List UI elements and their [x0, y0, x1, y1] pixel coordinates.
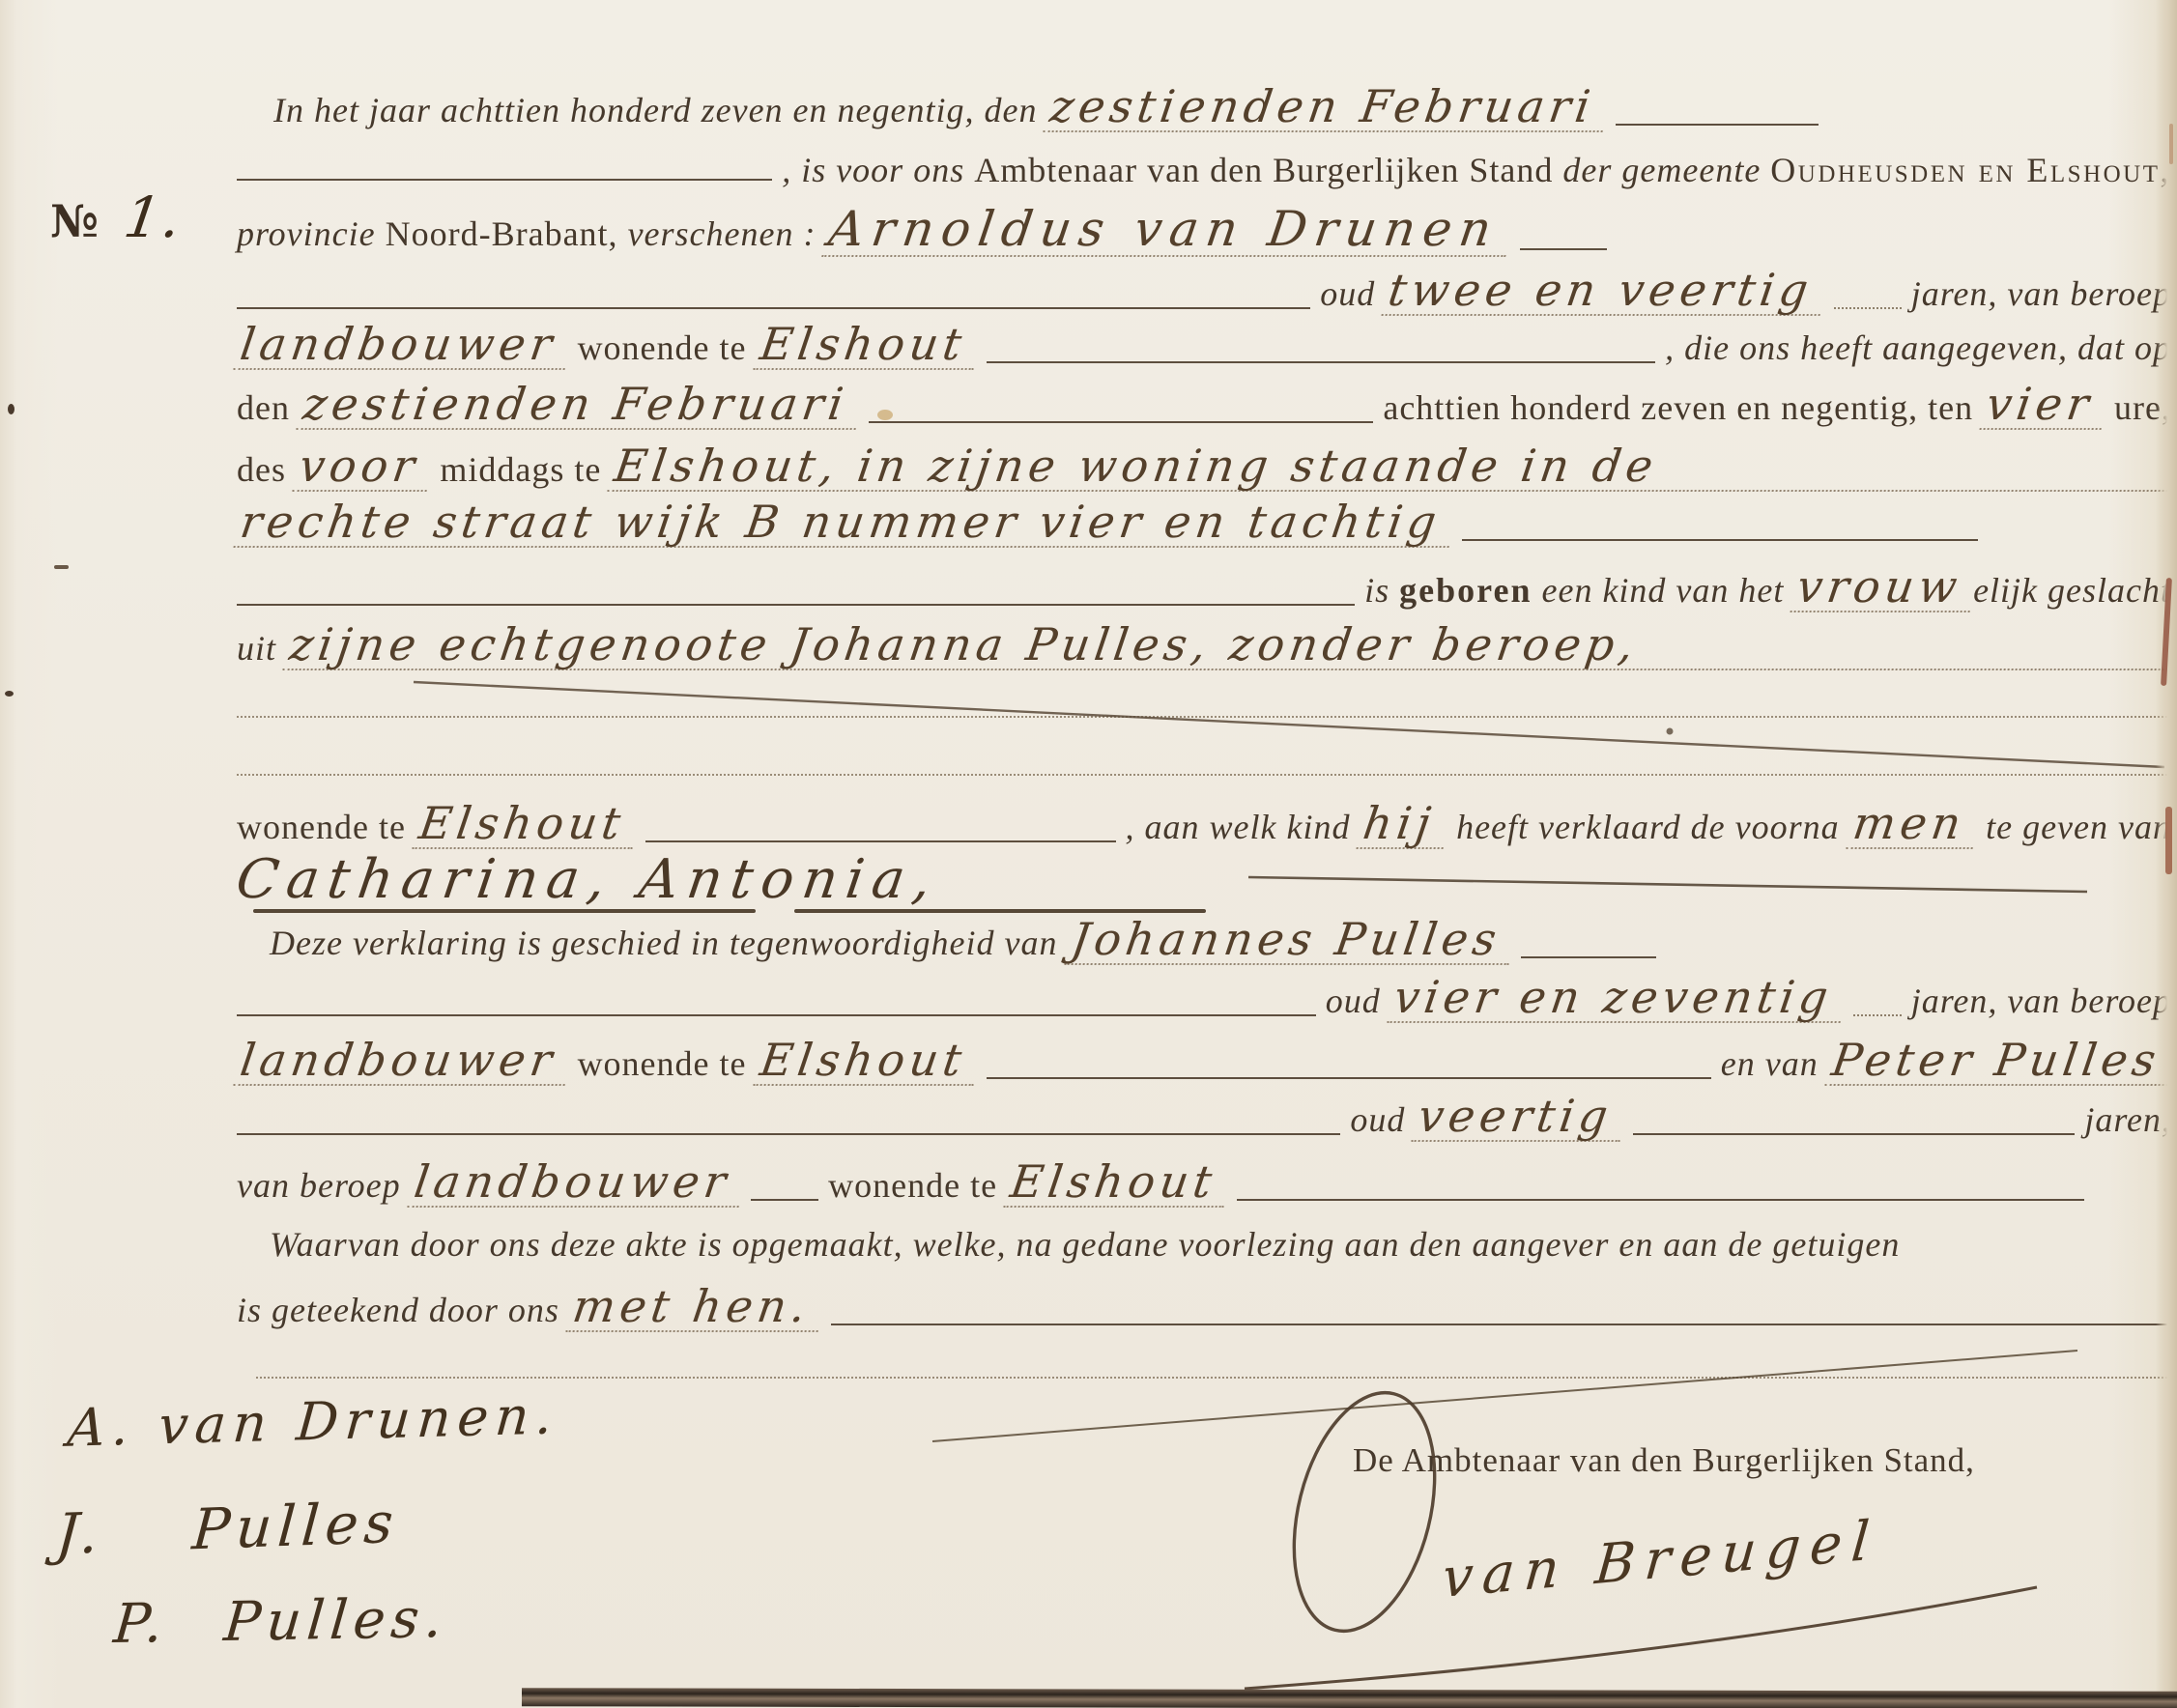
signature-witness2-initial: P.: [111, 1592, 171, 1656]
handwritten-child-names: Catharina, Antonia,: [233, 853, 943, 907]
handwritten-occupation: landbouwer: [233, 322, 571, 370]
ink-speck: [8, 404, 14, 414]
handwritten-witness1-age: vier en zeventig: [1387, 975, 1847, 1023]
printed-text-born: geboren: [1399, 573, 1532, 608]
act-line-8: rechte straat wijk B nummer vier en tach…: [237, 499, 2171, 548]
printed-text: wonende te: [237, 810, 406, 844]
handwritten-witness1-occupation: landbouwer: [233, 1038, 571, 1086]
act-line-2: , is voor ons Ambtenaar van den Burgerli…: [237, 153, 2171, 187]
rule-fill: [831, 1324, 2171, 1325]
printed-text: der gemeente: [1562, 153, 1761, 187]
printed-text: den: [237, 390, 290, 425]
rule-fill: [237, 1014, 1316, 1016]
rule-fill: [1237, 1199, 2084, 1201]
rule-fill: [987, 361, 1655, 363]
signature-sweep-bottom: [1245, 1587, 2037, 1689]
rule-fill: [645, 840, 1115, 842]
binding-mark: [2165, 807, 2172, 874]
printed-text: achttien honderd zeven en negentig, ten: [1383, 390, 1973, 425]
printed-text: wonende te: [828, 1168, 997, 1203]
handwritten-witness2-occupation: landbouwer: [407, 1159, 745, 1208]
act-line-13: wonende te Elshout , aan welk kind hij h…: [237, 801, 2171, 849]
act-line-9: is geboren een kind van het vrouw elijk …: [237, 564, 2171, 612]
strike-line: [414, 682, 2164, 767]
next-page-edge: [522, 1688, 2177, 1708]
blank-rule: [237, 774, 2167, 776]
act-number: № 1.: [50, 189, 182, 245]
signature-registrar: van Breugel: [1440, 1509, 1881, 1610]
act-line-17: landbouwer wonende te Elshout en van Pet…: [237, 1038, 2171, 1086]
printed-text: , is voor ons: [782, 153, 964, 187]
handwritten-closing: met hen.: [565, 1284, 824, 1332]
rule-fill: [237, 604, 1355, 606]
signature-witness2: P. Pulles.: [111, 1587, 450, 1656]
printed-text: oud: [1320, 276, 1375, 311]
printed-closing-text: Waarvan door ons deze akte is opgemaakt,…: [270, 1227, 1900, 1262]
rule-fill: [1521, 956, 1656, 958]
handwritten-residence: Elshout: [412, 801, 639, 849]
registrar-title: De Ambtenaar van den Burgerlijken Stand,: [1353, 1441, 1975, 1480]
printed-text: van beroep: [237, 1168, 401, 1203]
rule-fill: [237, 307, 1310, 309]
printed-text: oud: [1326, 983, 1381, 1018]
printed-text: , aan welk kind: [1126, 810, 1351, 844]
rule-fill: [751, 1199, 818, 1201]
printed-text: wonende te: [578, 1046, 747, 1081]
printed-text: te geven van: [1986, 810, 2171, 844]
name-underline: [253, 909, 756, 913]
handwritten-declarant-name: Arnoldus van Drunen: [822, 205, 1514, 257]
blank-rule: [256, 1377, 2167, 1379]
handwritten-residence: Elshout: [753, 322, 980, 370]
handwritten-birth-place: Elshout, in zijne woning staande in de: [608, 443, 2175, 492]
rule-fill: [237, 1133, 1340, 1135]
act-line-6: den zestienden Februari achttien honderd…: [237, 382, 2171, 430]
handwritten-age: twee en veertig: [1382, 268, 1827, 316]
blank-rule: [237, 716, 2167, 718]
handwritten-witness1-name: Johannes Pulles: [1064, 917, 1515, 965]
handwritten-date: zestienden Februari: [1044, 84, 1610, 132]
handwritten-mother-name: zijne echtgenoote Johanna Pulles, zonder…: [283, 622, 2175, 670]
printed-text: In het jaar achttien honderd zeven en ne…: [273, 93, 1037, 128]
handwritten-witness2-name: Peter Pulles: [1824, 1038, 2174, 1086]
rule-fill: [237, 179, 772, 181]
rule-fill: [869, 421, 1374, 423]
printed-text: jaren, van beroep: [1911, 276, 2171, 311]
act-line-16: oud vier en zeventig jaren, van beroep: [237, 975, 2171, 1023]
printed-text: Ambtenaar van den Burgerlijken Stand: [974, 153, 1553, 187]
printed-text: en van: [1721, 1046, 1819, 1081]
rule-fill: [1616, 124, 1819, 126]
rule-fill: [987, 1077, 1711, 1079]
handwritten-insertion: men: [1846, 801, 1979, 849]
printed-text: is geteekend door ons: [237, 1293, 559, 1327]
signature-witness1-surname: Pulles: [190, 1490, 401, 1563]
act-line-18: oud veertig jaren,: [237, 1094, 2171, 1142]
ink-blot: [877, 410, 893, 420]
municipality-name: Oudheusden en Elshout,: [1770, 153, 2171, 187]
act-line-7: des voor middags te Elshout, in zijne wo…: [237, 443, 2171, 492]
act-line-4: oud twee en veertig jaren, van beroep: [237, 268, 2171, 316]
act-line-19: van beroep landbouwer wonende te Elshout: [237, 1159, 2171, 1208]
act-line-15: Deze verklaring is geschied in tegenwoor…: [237, 917, 2171, 965]
handwritten-witness2-age: veertig: [1412, 1094, 1627, 1142]
printed-text: een kind van het: [1541, 573, 1784, 608]
act-line-3: provincie Noord-Brabant, verschenen : Ar…: [237, 205, 2171, 257]
binding-mark: [2169, 124, 2173, 164]
printed-text: oud: [1350, 1102, 1405, 1137]
printed-text: heeft verklaard de voorna: [1456, 810, 1840, 844]
handwritten-witness1-residence: Elshout: [753, 1038, 980, 1086]
signature-witness1: J. Pulles: [54, 1490, 401, 1568]
act-number-value: 1.: [121, 189, 186, 245]
birth-certificate-scan: № 1. In het jaar achttien honderd zeven …: [0, 0, 2177, 1708]
act-line-5: landbouwer wonende te Elshout , die ons …: [237, 322, 2171, 370]
handwritten-pronoun: hij: [1357, 801, 1450, 849]
signature-witness1-initial: J.: [54, 1499, 106, 1567]
rule-fill: [1520, 248, 1607, 250]
handwritten-witness2-residence: Elshout: [1004, 1159, 1231, 1208]
printed-text: uit: [237, 631, 276, 666]
ink-speck: [54, 565, 69, 569]
handwritten-hour: vier: [1980, 382, 2108, 430]
printed-text: elijk geslacht: [1973, 573, 2171, 608]
signature-paraph: [1272, 1378, 1458, 1645]
signature-declarant: A. van Drunen.: [66, 1384, 561, 1458]
rule-fill: [1633, 1133, 2075, 1135]
handwritten-address: rechte straat wijk B nummer vier en tach…: [233, 499, 1455, 548]
handwritten-sex: vrouw: [1790, 564, 1977, 612]
printed-text: provincie: [237, 216, 376, 251]
signature-sweep-top: [932, 1351, 2077, 1441]
printed-text: des: [237, 452, 286, 487]
printed-text: wonende te: [578, 330, 747, 365]
printed-text: Deze verklaring is geschied in tegenwoor…: [270, 925, 1058, 960]
act-line-10: uit zijne echtgenoote Johanna Pulles, zo…: [237, 622, 2171, 670]
handwritten-birth-date: zestienden Februari: [296, 382, 862, 430]
printed-text: , die ons heeft aangegeven, dat op: [1665, 330, 2171, 365]
rule-fill: [1462, 539, 1978, 541]
printed-text: is: [1364, 573, 1389, 608]
act-line-1: In het jaar achttien honderd zeven en ne…: [237, 84, 2171, 132]
act-line-20: Waarvan door ons deze akte is opgemaakt,…: [237, 1227, 2171, 1262]
rule-fill: [1834, 307, 1902, 309]
ink-dot: [1667, 728, 1674, 735]
act-line-14: Catharina, Antonia,: [237, 853, 2171, 907]
rule-fill: [1853, 1014, 1902, 1016]
signature-witness2-surname: Pulles.: [221, 1587, 450, 1654]
act-line-21: is geteekend door ons met hen.: [237, 1284, 2171, 1332]
printed-text: middags te: [440, 452, 601, 487]
province-name: Noord-Brabant,: [386, 216, 618, 251]
handwritten-daypart: voor: [292, 443, 433, 492]
printed-text: verschenen :: [628, 216, 816, 251]
ink-speck: [5, 691, 14, 697]
act-number-sign: №: [50, 199, 100, 243]
printed-text: jaren, van beroep: [1911, 983, 2171, 1018]
